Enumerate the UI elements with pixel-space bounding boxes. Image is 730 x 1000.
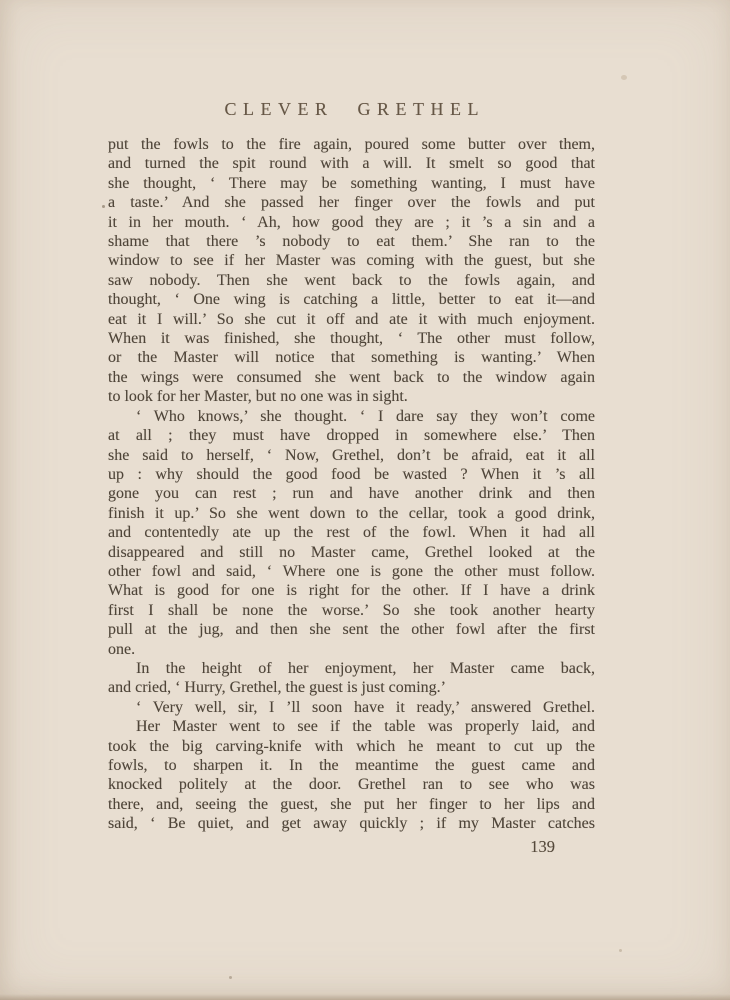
page-number: 139: [108, 837, 595, 857]
text-line: disappeared and still no Master came, Gr…: [108, 543, 595, 562]
text-line: and cried, ‘ Hurry, Grethel, the guest i…: [108, 678, 595, 697]
text-line: it in her mouth. ‘ Ah, how good they are…: [108, 213, 595, 232]
paper-speck: [619, 949, 622, 952]
text-line: knocked politely at the door. Grethel ra…: [108, 775, 595, 794]
text-line: or the Master will notice that something…: [108, 348, 595, 367]
text-line: at all ; they must have dropped in somew…: [108, 426, 595, 445]
text-line: thought, ‘ One wing is catching a little…: [108, 290, 595, 309]
paper-speck: [102, 205, 105, 208]
text-line: gone you can rest ; run and have another…: [108, 484, 595, 503]
text-line: one.: [108, 640, 595, 659]
text-line: a taste.’ And she passed her finger over…: [108, 193, 595, 212]
text-line: ‘ Who knows,’ she thought. ‘ I dare say …: [108, 407, 595, 426]
text-line: fowls, to sharpen it. In the meantime th…: [108, 756, 595, 775]
text-line: pull at the jug, and then she sent the o…: [108, 620, 595, 639]
text-line: and contentedly ate up the rest of the f…: [108, 523, 595, 542]
text-line: Her Master went to see if the table was …: [108, 717, 595, 736]
text-line: took the big carving-knife with which he…: [108, 737, 595, 756]
text-line: up : why should the good food be wasted …: [108, 465, 595, 484]
text-line: she thought, ‘ There may be something wa…: [108, 174, 595, 193]
text-line: In the height of her enjoyment, her Mast…: [108, 659, 595, 678]
text-line: put the fowls to the fire again, poured …: [108, 135, 595, 154]
text-line: finish it up.’ So she went down to the c…: [108, 504, 595, 523]
book-page: CLEVER GRETHEL put the fowls to the fire…: [0, 0, 730, 1000]
text-line: and turned the spit round with a will. I…: [108, 154, 595, 173]
text-line: said, ‘ Be quiet, and get away quickly ;…: [108, 814, 595, 833]
text-line: first I shall be none the worse.’ So she…: [108, 601, 595, 620]
text-line: the wings were consumed she went back to…: [108, 368, 595, 387]
page-title: CLEVER GRETHEL: [108, 99, 595, 120]
paper-speck: [229, 976, 232, 979]
text-line: window to see if her Master was coming w…: [108, 251, 595, 270]
text-line: there, and, seeing the guest, she put he…: [108, 795, 595, 814]
text-line: ‘ Very well, sir, I ’ll soon have it rea…: [108, 698, 595, 717]
text-block: put the fowls to the fire again, poured …: [108, 135, 595, 834]
text-line: to look for her Master, but no one was i…: [108, 387, 595, 406]
text-line: saw nobody. Then she went back to the fo…: [108, 271, 595, 290]
text-line: eat it I will.’ So she cut it off and at…: [108, 310, 595, 329]
text-line: What is good for one is right for the ot…: [108, 581, 595, 600]
text-line: shame that there ’s nobody to eat them.’…: [108, 232, 595, 251]
text-line: other fowl and said, ‘ Where one is gone…: [108, 562, 595, 581]
paper-speck: [621, 75, 627, 80]
text-line: When it was finished, she thought, ‘ The…: [108, 329, 595, 348]
text-line: she said to herself, ‘ Now, Grethel, don…: [108, 446, 595, 465]
